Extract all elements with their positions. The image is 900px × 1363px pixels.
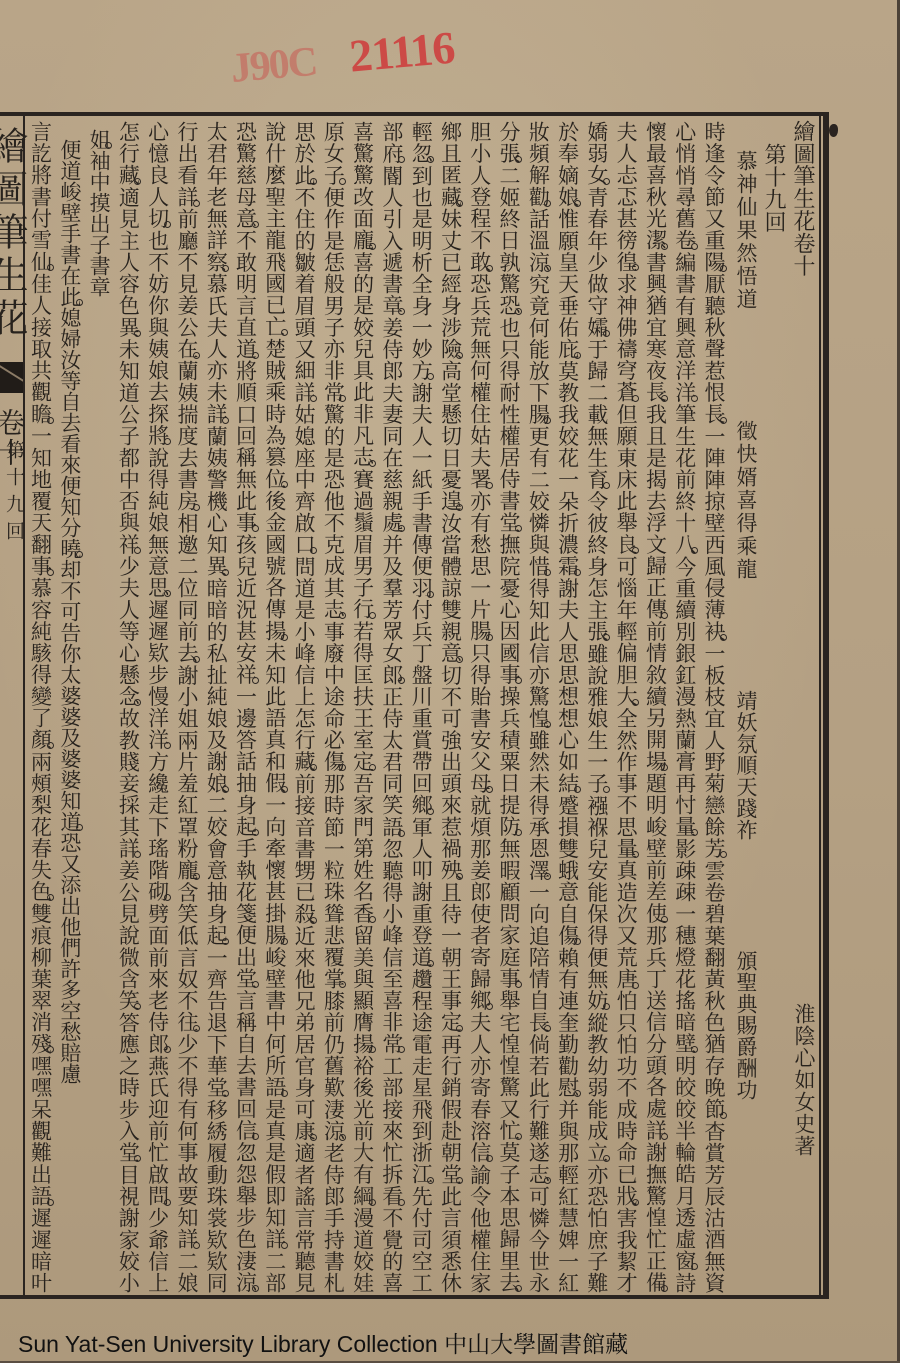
frame-border-bottom bbox=[0, 1295, 829, 1299]
text-column: 於奉嫡娘。惟願皇天垂佑庇。莫教我姣花一朵折濃霜。謝夫人思思想想心如結。蹙損雙蛾意… bbox=[552, 121, 581, 1293]
stamp-prefix: J90C bbox=[229, 39, 318, 92]
text-column: 言訖將書付雪仙。佳人接取共觀瞻。一知地覆天翻事。慕容純駭得變了顏。兩頰梨花春失色… bbox=[25, 121, 54, 1293]
frame-border-right-thin bbox=[819, 116, 821, 1295]
fold-book-title: 繪圖筆生花 bbox=[0, 126, 26, 341]
chapter-number: 第十九回 bbox=[759, 143, 788, 233]
stamp-number: 21116 bbox=[347, 22, 456, 82]
chapter-title-line: 徵快婿喜得乘龍 bbox=[731, 420, 760, 581]
text-column: 輕忽。到也是明析全身一妙方。謝夫人一紙手書傳便羽。付兵丁盤川重賞帶回鄉。軍人叩謝… bbox=[406, 121, 435, 1293]
frame-border-right-thick bbox=[823, 112, 829, 1299]
text-column: 時逢令節又重陽。厭聽秋聲惹恨長。一陣陣掠壁西風侵薄袂。一板枝宜人野菊戀餘芳。雲卷… bbox=[699, 121, 728, 1293]
text-column: 思於此。不住的皺着眉頭又細詳。姑媳座中齊啟口。問道是小峰信上怎行藏。前接音書甥已… bbox=[289, 121, 318, 1293]
text-column: 說什麼聖主龍飛國已亡。楚賊乘時為篡位。後金國號各傳揚。未知此語真和假。一向牽懷甚… bbox=[260, 121, 289, 1293]
text-column: 心悄悄尋舊卷。編書有興意洋洋。筆生花前終十八。今重續別銀釭漫熱蘭膏再忖量。影疎疎… bbox=[669, 121, 698, 1293]
text-column: 嬌弱女。青春年少做守孀。于歸二載無生育。令彼終身怎主張。雖說雅娘生一子。襁褓兒安… bbox=[582, 121, 611, 1293]
text-column: 原女子。便作是恁般男子亦非常。驚的是恐他不克成其志。事廢中途命必傷。那時節一粒珠… bbox=[318, 121, 347, 1293]
fishtail-mark-icon bbox=[0, 362, 23, 393]
text-column: 恐驚慈母意。不敢明言直道。將順口回稱無此事。孩兒近況甚安祥。一邊答話抽身起。手執… bbox=[230, 121, 259, 1293]
text-column: 怎行藏。適見主人容色異。未知道公子都中否與祥。少夫人等心懸念。故教賤妾採其詳。姜… bbox=[113, 121, 142, 1293]
fold-chapter: 第十九回 bbox=[0, 440, 28, 548]
ink-blot bbox=[829, 124, 838, 137]
text-column: 行出看詳。前廳不見姜公在。蘭姨揣度去書房。相邀二位同前去。謝小姐兩片羞紅罩粉龐。… bbox=[172, 121, 201, 1293]
text-column: 分張。二姬終日孰驚恐。也只得耐性權居侍書堂。撫院憂心因國事。操兵積粟日提防。無暇… bbox=[494, 121, 523, 1293]
chapter-title-line: 頒聖典賜爵酬功 bbox=[731, 950, 760, 1101]
text-column: 懷最喜秋光潔。書興猶宜寒夜長。我且是揭去浮文歸正傳。前情敘續另開場。題明峻壁前差… bbox=[640, 121, 669, 1293]
text-column: 喜驚驚改面龐。喜的是姣兒具此非凡志。賽過鬚眉男子行。若得匡扶王室定。吾家門第姓名… bbox=[347, 121, 376, 1293]
library-collection-caption: Sun Yat-Sen University Library Collectio… bbox=[18, 1333, 628, 1356]
text-column: 妝頻解勸。話溫涼。究竟何能放下腸。更有二姣憐與惜。得知此信亦驚惶。雖然未得承恩澤… bbox=[523, 121, 552, 1293]
text-column: 胆小人登程不敢。恐兵荒無何權住姑夫署。亦有愁思一片腸。只得貽書安父母。就煩那姜郎… bbox=[464, 121, 493, 1293]
text-column: 便道峻壁手書在此。媳婦汝等自去看來便知分曉。却不可告你太婆婆及婆婆知道。恐又添出… bbox=[55, 121, 84, 1293]
text-column: 夫人忐忑甚徬徨。求神佛禱穹蒼。但願東床此舉良。可惱年輕偏胆大。全然作事不思量。真… bbox=[611, 121, 640, 1293]
text-column: 姐。袖中摸出子書章 bbox=[84, 121, 113, 1293]
chapter-title-line: 慕神仙果然悟道 bbox=[731, 150, 760, 311]
book-title-volume: 繪圖筆生花卷十 bbox=[788, 120, 817, 277]
chapter-title-line: 靖妖氛順天踐祚 bbox=[731, 690, 760, 841]
text-column: 太君年老無詳察。慕氏夫人亦未詳。蘭姨警機心知異。暗暗的私扯純娘及謝娘。二姣會意抽… bbox=[201, 121, 230, 1293]
author-credit: 淮陰心如女史著 bbox=[789, 1003, 818, 1157]
text-column: 鄉且匿藏。妹丈已經身涉險。高堂懸切日憂遑。汝當體諒雙親意。切不可強出頭來惹禍殃。… bbox=[435, 121, 464, 1293]
frame-border-top bbox=[0, 112, 829, 116]
text-column: 部府。閽人引入遞書章。姜侍郎夫妻同在慈親處。并及羣芳眾女郎。正侍太君同笑語。忽聽… bbox=[377, 121, 406, 1293]
body-text: 時逢令節又重陽。厭聽秋聲惹恨長。一陣陣掠壁西風侵薄袂。一板枝宜人野菊戀餘芳。雲卷… bbox=[25, 121, 728, 1293]
text-column: 心憶良人切。也不妨你與姨娘去探將。說得純娘無意思。遲遲欵步慢洋洋。方纔走下瑤階砌… bbox=[142, 121, 171, 1293]
